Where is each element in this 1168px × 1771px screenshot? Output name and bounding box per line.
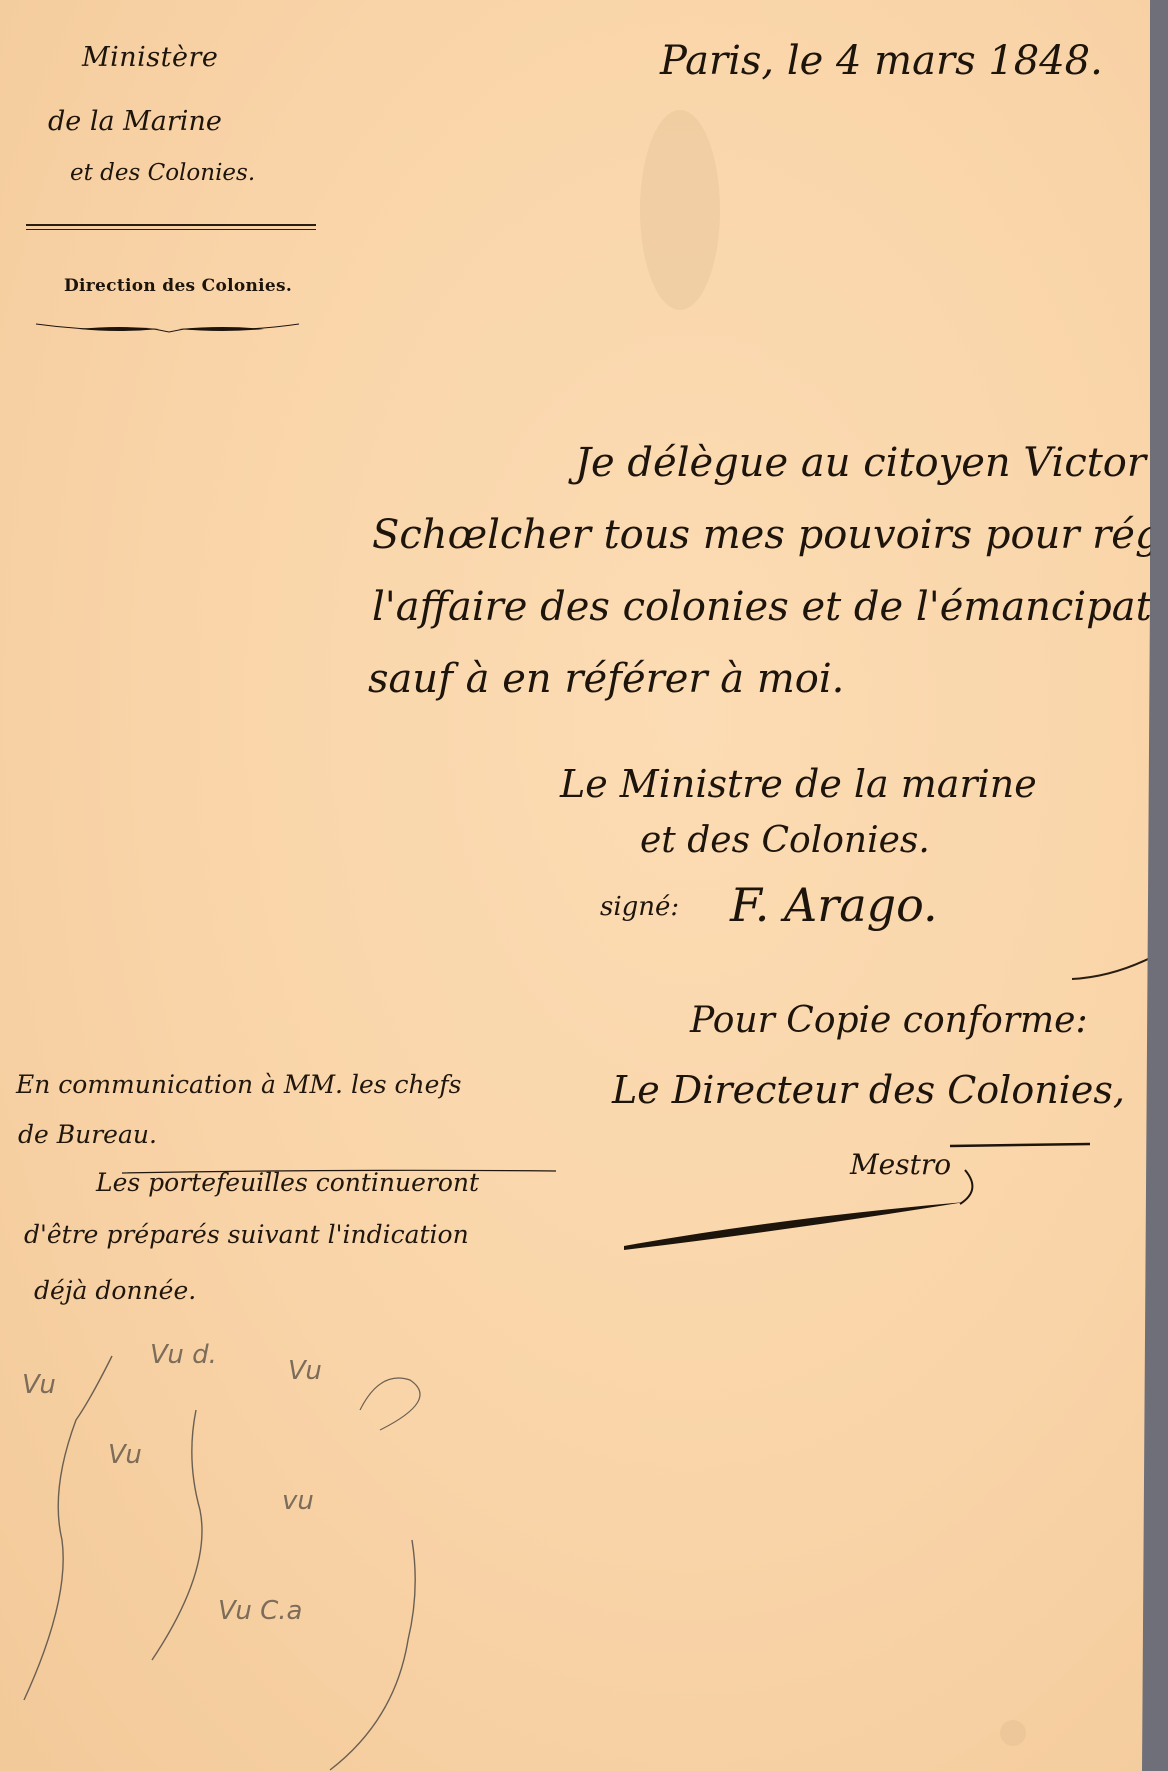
minister-title: Le Ministre de la marine (560, 762, 1037, 806)
minister-name: F. Arago. (730, 878, 938, 932)
body-line: l'affaire des colonies et de l'émancipat… (372, 584, 1168, 630)
letter-page: Ministère de la Marine et des Colonies. … (0, 0, 1150, 1771)
dateline: Paris, le 4 mars 1848. (660, 38, 1103, 84)
signed-label: signé: (600, 892, 679, 922)
signature-paraph-icon (620, 1140, 1100, 1250)
paper-stain (640, 110, 720, 310)
margin-note-line: de Bureau. (18, 1120, 157, 1149)
pen-stroke-icon (1070, 955, 1150, 985)
paper-stain (1000, 1720, 1026, 1746)
director-title: Le Directeur des Colonies, (612, 1068, 1125, 1112)
margin-underline-icon (120, 1165, 560, 1185)
body-line: sauf à en référer à moi. (368, 656, 844, 702)
body-line: Schœlcher tous mes pouvoirs pour régler (372, 512, 1168, 558)
letterhead-double-rule (26, 224, 316, 230)
certified-copy-label: Pour Copie conforme: (690, 1000, 1088, 1041)
margin-note-line: En communication à MM. les chefs (16, 1070, 462, 1099)
margin-note-line: déjà donnée. (34, 1276, 196, 1305)
margin-note-line: d'être préparés suivant l'indication (24, 1220, 469, 1249)
letterhead-colonies: et des Colonies. (70, 160, 255, 186)
body-line: Je délègue au citoyen Victor (575, 440, 1146, 486)
pencil-paraph-strokes-icon (0, 1340, 460, 1771)
letterhead-ministry: Ministère (82, 42, 218, 73)
minister-title-2: et des Colonies. (640, 820, 930, 861)
flourish-divider-icon (34, 318, 304, 338)
letterhead-department: Direction des Colonies. (64, 276, 292, 296)
letterhead-marine: de la Marine (48, 106, 222, 137)
